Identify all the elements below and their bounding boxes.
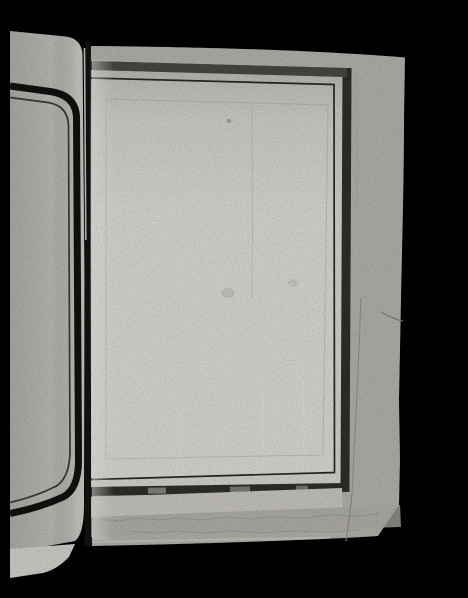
book-scan-screenshot bbox=[0, 0, 468, 598]
book-scan bbox=[0, 0, 468, 598]
paper-grain-overlay bbox=[0, 0, 468, 598]
